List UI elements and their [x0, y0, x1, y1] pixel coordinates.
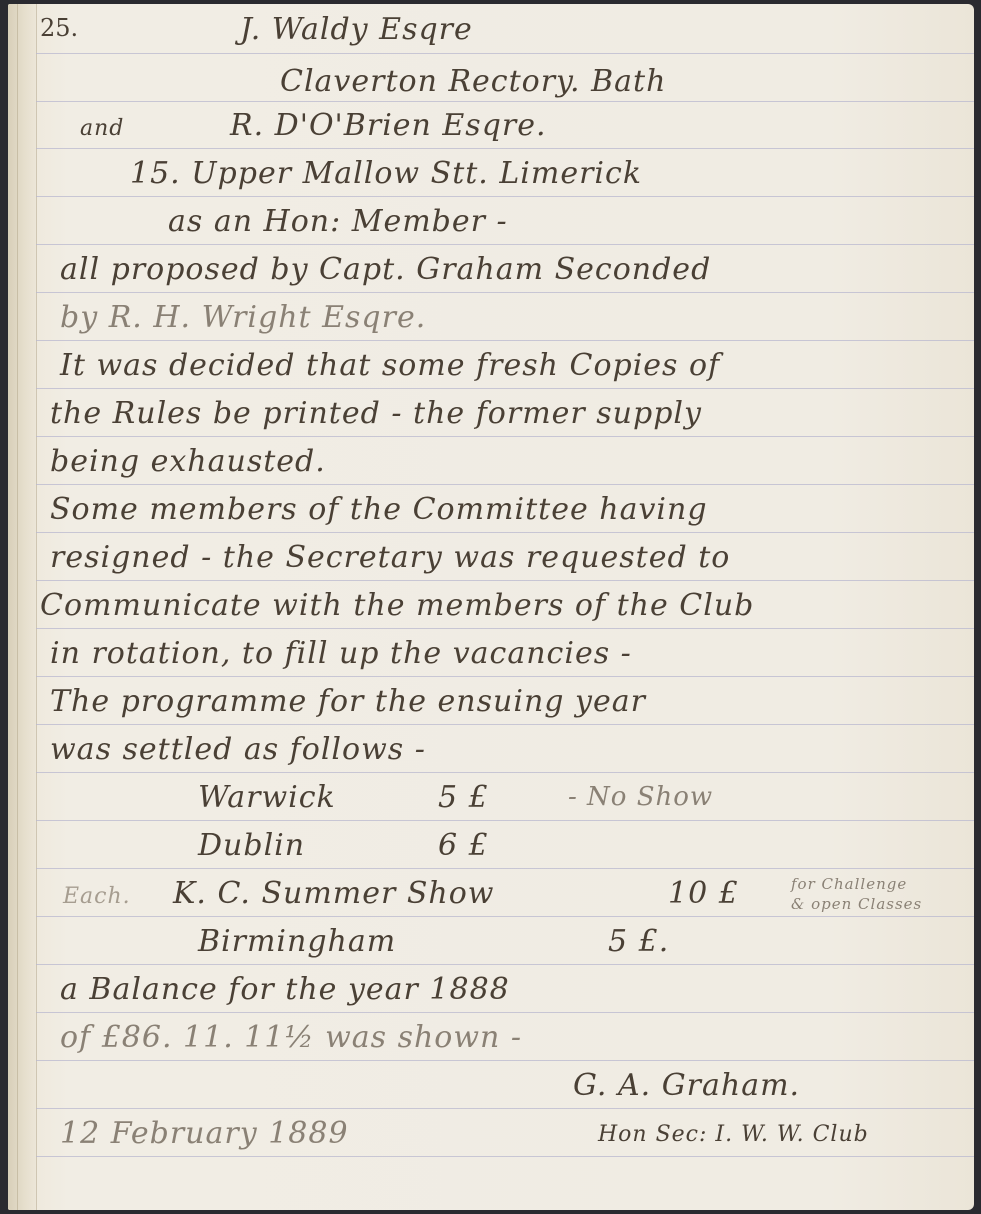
text-line: as an Hon: Member -: [168, 204, 508, 239]
ruled-line: [36, 676, 974, 677]
ruled-line: [36, 244, 974, 245]
ruled-line: [36, 724, 974, 725]
balance-line: a Balance for the year 1888: [60, 972, 510, 1007]
text-line: all proposed by Capt. Graham Seconded: [60, 252, 711, 287]
text-line-prefix: and: [80, 116, 124, 141]
text-line: Communicate with the members of the Club: [40, 588, 754, 623]
ruled-line: [36, 964, 974, 965]
programme-amount: 6 £: [438, 828, 489, 863]
text-line: It was decided that some fresh Copies of: [60, 348, 720, 383]
programme-note: - No Show: [568, 782, 713, 812]
signature-name: G. A. Graham.: [573, 1068, 800, 1103]
programme-amount: 10 £: [668, 876, 739, 911]
ruled-line: [36, 916, 974, 917]
text-line: the Rules be printed - the former supply: [50, 396, 702, 431]
ruled-line: [36, 1012, 974, 1013]
ruled-line: [36, 1108, 974, 1109]
ruled-line: [36, 580, 974, 581]
text-line: Some members of the Committee having: [50, 492, 708, 527]
page-number: 25.: [40, 14, 78, 42]
programme-amount: 5 £.: [608, 924, 669, 959]
text-line: by R. H. Wright Esqre.: [60, 300, 426, 335]
ruled-line: [36, 196, 974, 197]
signature-title: Hon Sec: I. W. W. Club: [598, 1122, 869, 1147]
ruled-line: [36, 772, 974, 773]
entry-date: 12 February 1889: [60, 1116, 349, 1151]
text-line: in rotation, to fill up the vacancies -: [50, 636, 632, 671]
ruled-line: [36, 436, 974, 437]
programme-venue: Dublin: [198, 828, 305, 863]
page-binding: [8, 4, 37, 1210]
text-line: being exhausted.: [50, 444, 326, 479]
ruled-line: [36, 820, 974, 821]
ruled-line: [36, 484, 974, 485]
text-line: Claverton Rectory. Bath: [280, 64, 666, 99]
text-line: J. Waldy Esqre: [240, 12, 473, 47]
ruled-line: [36, 292, 974, 293]
ruled-line: [36, 868, 974, 869]
text-line: R. D'O'Brien Esqre.: [230, 108, 547, 143]
ruled-line: [36, 388, 974, 389]
programme-prefix: Each.: [63, 884, 131, 909]
ruled-line: [36, 532, 974, 533]
programme-venue: Birmingham: [198, 924, 396, 959]
ruled-line: [36, 53, 974, 54]
programme-venue: K. C. Summer Show: [173, 876, 494, 911]
ruled-line: [36, 1156, 974, 1157]
text-line: resigned - the Secretary was requested t…: [50, 540, 730, 575]
text-line: The programme for the ensuing year: [50, 684, 646, 719]
programme-note: for Challenge: [791, 876, 907, 893]
programme-note: & open Classes: [791, 896, 922, 913]
ruled-line: [36, 340, 974, 341]
ruled-line: [36, 628, 974, 629]
text-line: was settled as follows -: [50, 732, 426, 767]
balance-line: of £86. 11. 11½ was shown -: [60, 1020, 522, 1055]
programme-amount: 5 £: [438, 780, 489, 815]
text-line: 15. Upper Mallow Stt. Limerick: [130, 156, 642, 191]
ruled-line: [36, 1060, 974, 1061]
ruled-line: [36, 148, 974, 149]
ledger-page: 25. J. Waldy Esqre Claverton Rectory. Ba…: [8, 4, 974, 1210]
ruled-line: [36, 101, 974, 102]
programme-venue: Warwick: [198, 780, 336, 815]
